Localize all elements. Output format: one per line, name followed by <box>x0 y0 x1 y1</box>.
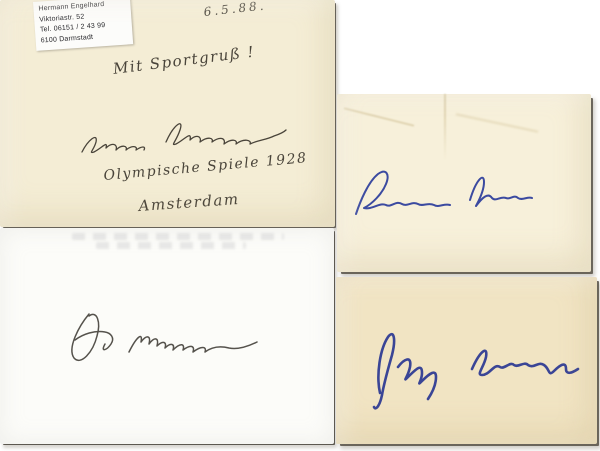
crease-mark <box>456 113 539 132</box>
handwritten-date: 6.5.88. <box>203 0 267 19</box>
engelhard-signature-stroke <box>82 124 286 153</box>
crease-mark <box>344 107 414 126</box>
city-line: Amsterdam <box>138 190 240 215</box>
autograph-collage: Hermann Engelhard Viktoriastr. 52 Tel. 0… <box>0 0 600 451</box>
showthrough-text <box>96 242 246 249</box>
showthrough-text <box>72 233 284 240</box>
storz-signature <box>364 311 584 416</box>
neumann-signature <box>45 294 260 379</box>
storz-signature-stroke <box>374 334 578 408</box>
krebs-signature <box>352 152 537 224</box>
cream-card-bottom <box>336 277 597 444</box>
krebs-signature-stroke <box>356 172 532 214</box>
envelope: Hermann Engelhard Viktoriastr. 52 Tel. 0… <box>0 0 335 227</box>
cream-card-top <box>337 94 591 272</box>
neumann-signature-stroke <box>72 314 257 360</box>
crease-mark <box>444 94 446 160</box>
address-label: Hermann Engelhard Viktoriastr. 52 Tel. 0… <box>33 0 133 51</box>
greeting-line: Mit Sportgruß ! <box>112 43 256 78</box>
white-card <box>0 228 334 444</box>
